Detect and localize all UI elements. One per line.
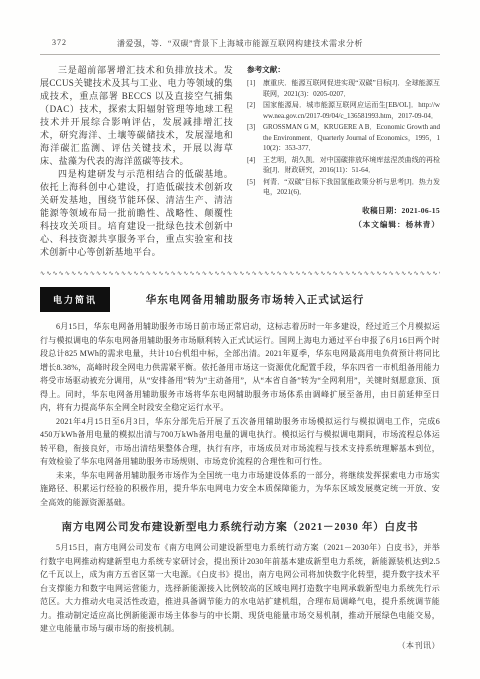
left-column: 三是超前部署增汇技术和负排放技术。发展CCUS关键技术及其与工业、电力等领域的集… (40, 64, 233, 259)
reference-text: 国家能源局．城市能源互联网应运而生[EB/OL]．http://www.nea.… (263, 100, 440, 121)
article-paragraph: 四是构建研发与示范相结合的低碳基地。依托上海科创中心建设，打造低碳技术创新攻关研… (40, 168, 233, 259)
reference-item: [4] 王艺明，胡久凯．对中国碳排放环境库兹涅茨曲线的再检验[J]．财政研究，2… (247, 155, 440, 176)
references-heading: 参考文献： (247, 64, 440, 75)
article-tail-columns: 三是超前部署增汇技术和负排放技术。发展CCUS关键技术及其与工业、电力等领域的集… (40, 64, 440, 259)
reference-item: [2] 国家能源局．城市能源互联网应运而生[EB/OL]．http://www.… (247, 100, 440, 121)
reference-item: [1] 康重庆．能源互联网促进实现“双碳”目标[J]．全球能源互联网，2021(… (247, 78, 440, 99)
brief-article-1-title: 华东电网备用辅助服务市场转入正式试运行 (110, 292, 440, 307)
reference-number: [3] (247, 122, 263, 154)
brief-paragraph: 未来，华东电网备用辅助服务市场作为全国统一电力市场建设体系的一部分，将继续发挥探… (40, 469, 440, 510)
reference-item: [3] GROSSMAN G M，KRUGERE A B．Economic Gr… (247, 122, 440, 154)
received-date: 收稿日期：2021-06-15 (247, 205, 440, 216)
brief-article-1-body: 6月15日，华东电网备用辅助服务市场日前市场正常启动，这标志着历时一年多建设，经… (40, 320, 440, 509)
right-column: 参考文献： [1] 康重庆．能源互联网促进实现“双碳”目标[J]．全球能源互联网… (247, 64, 440, 259)
brief-article-2-body: 5月15日，南方电网公司发布《南方电网公司建设新型电力系统行动方案（2021－2… (40, 541, 440, 636)
brief-paragraph: 2021年4月15日至6月3日，华东分部先后开展了五次备用辅助服务市场模拟运行与… (40, 415, 440, 469)
brief-paragraph: 6月15日，华东电网备用辅助服务市场日前市场正常启动，这标志着历时一年多建设，经… (40, 320, 440, 415)
page-number: 372 (52, 38, 67, 47)
briefs-header: 电力简讯 华东电网备用辅助服务市场转入正式试运行 (40, 287, 440, 312)
running-header: 372 潘爱强，等．“双碳”背景下上海城市能源互联网构建技术需求分析 (40, 38, 440, 55)
reference-number: [1] (247, 78, 263, 99)
editor-note: （本文编辑：杨林青） (247, 219, 440, 230)
reference-text: 何青．“双碳”目标下我国氢能政策分析与思考[J]．热力发电，2021(6)． (263, 177, 440, 198)
briefs-section-label: 电力简讯 (40, 287, 110, 312)
section-divider-ornament: ∿∿∿∿∿∿∿∿∿∿∿∿∿∿∿∿∿∿∿∿∿∿∿∿∿∿∿∿∿∿∿∿∿∿∿∿∿∿∿∿… (40, 270, 440, 278)
reference-number: [4] (247, 155, 263, 176)
article-paragraph: 三是超前部署增汇技术和负排放技术。发展CCUS关键技术及其与工业、电力等领域的集… (40, 64, 233, 168)
briefs-byline: （本刊讯） (40, 640, 440, 651)
reference-number: [2] (247, 100, 263, 121)
reference-item: [5] 何青．“双碳”目标下我国氢能政策分析与思考[J]．热力发电，2021(6… (247, 177, 440, 198)
brief-paragraph: 5月15日，南方电网公司发布《南方电网公司建设新型电力系统行动方案（2021－2… (40, 541, 440, 636)
reference-text: 康重庆．能源互联网促进实现“双碳”目标[J]．全球能源互联网，2021(3)：0… (263, 78, 440, 99)
reference-number: [5] (247, 177, 263, 198)
running-title: 潘爱强，等．“双碳”背景下上海城市能源互联网构建技术需求分析 (117, 39, 363, 48)
reference-text: GROSSMAN G M，KRUGERE A B．Economic Growth… (263, 122, 440, 154)
reference-text: 王艺明，胡久凯．对中国碳排放环境库兹涅茨曲线的再检验[J]．财政研究，2016(… (263, 155, 440, 176)
brief-article-2-title: 南方电网公司发布建设新型电力系统行动方案（2021－2030 年）白皮书 (40, 519, 440, 534)
journal-page: 372 潘爱强，等．“双碳”背景下上海城市能源互联网构建技术需求分析 三是超前部… (0, 0, 480, 679)
